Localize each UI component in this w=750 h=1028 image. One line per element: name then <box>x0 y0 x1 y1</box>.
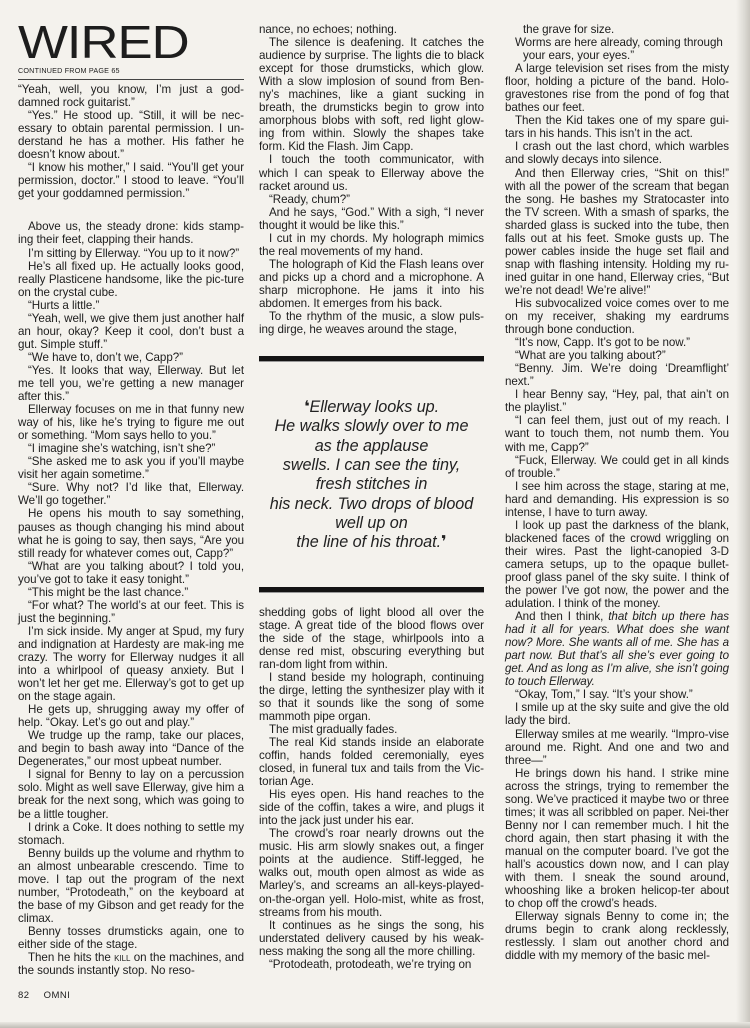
paragraph: I touch the tooth communicator, with whi… <box>259 153 484 192</box>
page-bottom-edge <box>0 1022 750 1028</box>
masthead-title: WIRED <box>18 22 278 62</box>
paragraph: “I can feel them, just out of my reach. … <box>505 414 729 453</box>
paragraph: The mist gradually fades. <box>259 723 484 736</box>
paragraph: “What are you talking about?” <box>505 349 729 362</box>
pull-quote-line: as the applause <box>259 437 484 456</box>
paragraph: I’m sitting by Ellerway. “You up to it n… <box>18 247 244 260</box>
paragraph: “Yes.” He stood up. “Still, it will be n… <box>18 109 244 161</box>
paragraph: “I know his mother,” I said. “You’ll get… <box>18 161 244 200</box>
page-edge-shadow <box>736 0 750 1028</box>
paragraph: “This might be the last chance.” <box>18 586 244 599</box>
paragraph: His eyes open. His hand reaches to the s… <box>259 788 484 827</box>
paragraph: I smile up at the sky suite and give the… <box>505 701 729 727</box>
paragraph: “Okay, Tom,” I say. “It’s your show.” <box>505 688 729 701</box>
pull-quote-line: his neck. Two drops of blood <box>259 495 484 514</box>
paragraph: The holograph of Kid the Flash leans ove… <box>259 258 484 310</box>
pull-quote: ❛Ellerway looks up. He walks slowly over… <box>259 398 484 552</box>
column-2-continuation: shedding gobs of light blood all over th… <box>259 606 484 971</box>
paragraph: I hear Benny say, “Hey, pal, that ain’t … <box>505 388 729 414</box>
paragraph: “Yes. It looks that way, Ellerway. But l… <box>18 364 244 403</box>
paragraph: He’s all fixed up. He actually looks goo… <box>18 260 244 299</box>
paragraph: I look up past the darkness of the blank… <box>505 519 729 610</box>
column-1: WIRED CONTINUED FROM PAGE 65 “Yeah, well… <box>18 0 244 977</box>
paragraph: Benny tosses drumsticks again, one to ei… <box>18 925 244 951</box>
paragraph: “Protodeath, protodeath, we’re trying on <box>259 958 484 971</box>
pull-quote-line: swells. I can see the tiny, <box>259 456 484 475</box>
paragraph: The silence is deafening. It catches the… <box>259 36 484 153</box>
paragraph: shedding gobs of light blood all over th… <box>259 606 484 671</box>
paragraph: He brings down his hand. I strike mine a… <box>505 767 729 911</box>
pull-quote-line: fresh stitches in <box>259 475 484 494</box>
paragraph: Above us, the steady drone: kids stamp-i… <box>18 220 244 246</box>
small-caps-word: kill <box>114 951 130 964</box>
paragraph: He gets up, shrugging away my offer of h… <box>18 703 244 729</box>
pull-quote-text: Ellerway looks up. <box>310 398 440 416</box>
paragraph: I’m sick inside. My anger at Spud, my fu… <box>18 625 244 703</box>
paragraph: Then the Kid takes one of my spare gui-t… <box>505 114 729 140</box>
page-footer: 82OMNI <box>18 990 84 1001</box>
paragraph: And then Ellerway cries, “Shit on this!”… <box>505 167 729 297</box>
paragraph: The real Kid stands inside an elaborate … <box>259 736 484 788</box>
page-number: 82 <box>18 990 30 1001</box>
paragraph: “Hurts a little.” <box>18 299 244 312</box>
paragraph: I crash out the last chord, which warble… <box>505 140 729 166</box>
section-break <box>18 200 244 220</box>
paragraph: “For what? The world’s at our feet. This… <box>18 599 244 625</box>
pull-quote-top-rule <box>259 356 484 362</box>
paragraph: Benny builds up the volume and rhythm to… <box>18 847 244 925</box>
paragraph: We trudge up the ramp, take our places, … <box>18 729 244 768</box>
paragraph: And then I think, that bitch up there ha… <box>505 610 729 688</box>
paragraph: I stand beside my holograph, continuing … <box>259 671 484 723</box>
paragraph: nance, no echoes; nothing. <box>259 23 484 36</box>
text-run: And then I think, <box>515 610 608 623</box>
column-3: the grave for size. Worms are here alrea… <box>505 0 729 962</box>
paragraph: Ellerway signals Benny to come in; the d… <box>505 910 729 962</box>
column-2: nance, no echoes; nothing. The silence i… <box>259 0 484 971</box>
pull-quote-text: the line of his throat. <box>296 533 441 551</box>
paragraph: I signal for Benny to lay on a percussio… <box>18 768 244 820</box>
magazine-name: OMNI <box>44 990 71 1001</box>
paragraph: “It’s now, Capp. It’s got to be now.” <box>505 336 729 349</box>
paragraph: “Fuck, Ellerway. We could get in all kin… <box>505 454 729 480</box>
paragraph: I cut in my chords. My holograph mimics … <box>259 232 484 258</box>
paragraph: I drink a Coke. It does nothing to settl… <box>18 821 244 847</box>
pull-quote-line: the line of his throat.❜ <box>259 533 484 552</box>
paragraph: The crowd’s roar nearly drowns out the m… <box>259 827 484 918</box>
lyric-line: your ears, your eyes.” <box>505 49 729 62</box>
paragraph: “We have to, don’t we, Capp?” <box>18 351 244 364</box>
paragraph: And he says, “God.” With a sigh, “I neve… <box>259 206 484 232</box>
paragraph: It continues as he sings the song, his u… <box>259 919 484 958</box>
paragraph: “Yeah, well, we give them just another h… <box>18 312 244 351</box>
pull-quote-line: ❛Ellerway looks up. <box>259 398 484 417</box>
text-run: Then he hits the <box>28 951 114 964</box>
paragraph: His subvocalized voice comes over to me … <box>505 297 729 336</box>
paragraph: To the rhythm of the music, a slow puls-… <box>259 310 484 336</box>
pull-quote-block: ❛Ellerway looks up. He walks slowly over… <box>259 356 484 592</box>
pull-quote-line: well up on <box>259 514 484 533</box>
paragraph: Ellerway smiles at me wearily. “Impro-vi… <box>505 728 729 767</box>
paragraph: “I imagine she’s watching, isn’t she?” <box>18 442 244 455</box>
paragraph: “Sure. Why not? I’d like that, Ellerway.… <box>18 481 244 507</box>
paragraph: Ellerway focuses on me in that funny new… <box>18 403 244 442</box>
close-quote-icon: ❜ <box>441 533 447 551</box>
paragraph: I see him across the stage, staring at m… <box>505 480 729 519</box>
paragraph: Then he hits the kill on the machines, a… <box>18 951 244 977</box>
header-rule <box>18 79 244 80</box>
lyric-line: Worms are here already, coming through <box>505 36 729 49</box>
paragraph: A large television set rises from the mi… <box>505 62 729 114</box>
paragraph: “What are you talking about? I told you,… <box>18 560 244 586</box>
paragraph: “Yeah, well, you know, I’m just a god-da… <box>18 83 244 109</box>
pull-quote-bottom-rule <box>259 587 484 593</box>
pull-quote-line: He walks slowly over to me <box>259 417 484 436</box>
paragraph: “Benny. Jim. We’re doing ‘Dreamflight’ n… <box>505 362 729 388</box>
paragraph: He opens his mouth to say something, pau… <box>18 507 244 559</box>
paragraph: “She asked me to ask you if you’ll maybe… <box>18 455 244 481</box>
lyric-line: the grave for size. <box>505 23 729 36</box>
paragraph: “Ready, chum?” <box>259 193 484 206</box>
